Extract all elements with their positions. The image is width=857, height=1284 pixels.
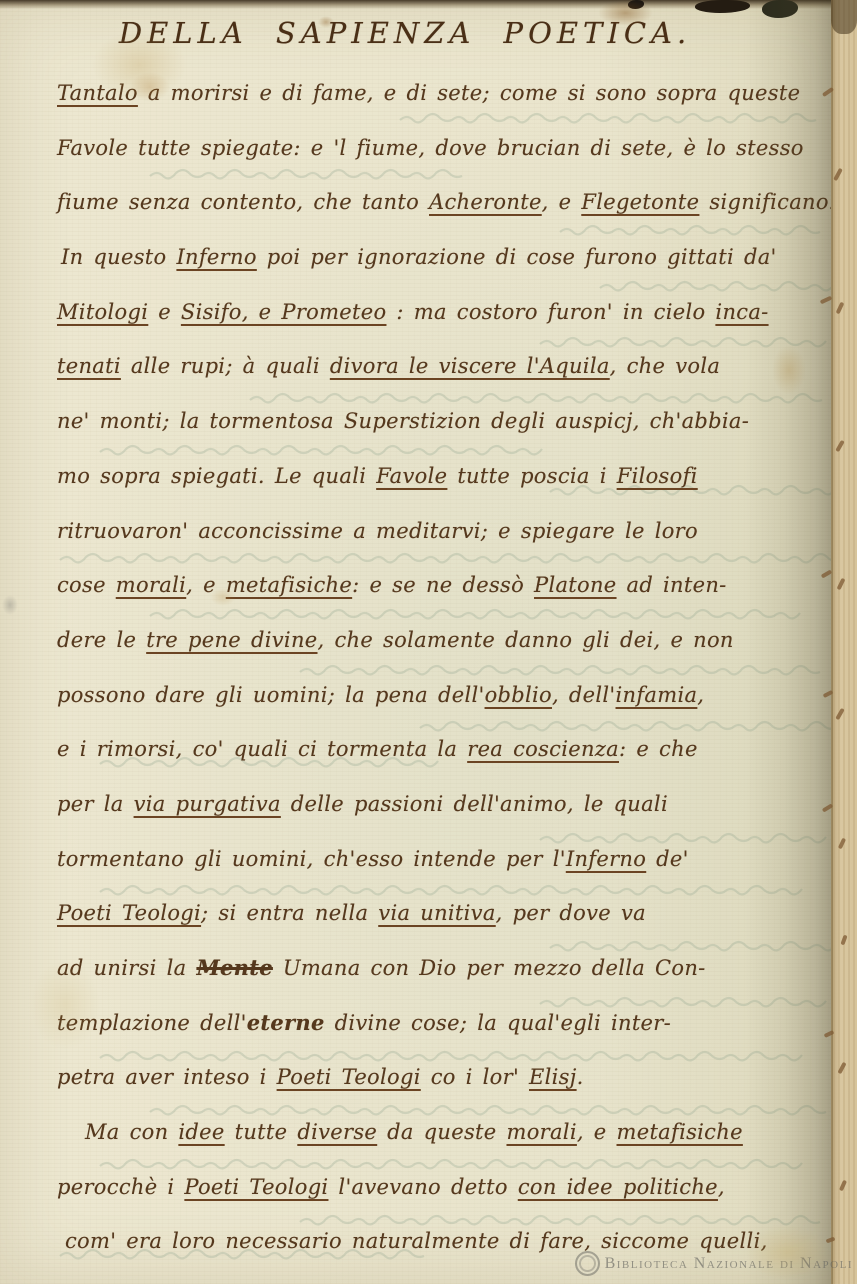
gutter-shadow bbox=[745, 0, 831, 1284]
underlined-term: infamia bbox=[616, 683, 698, 707]
text-segment: poi per ignorazione di cose furono gitta… bbox=[257, 245, 777, 269]
text-segment: tormentano gli uomini, ch'esso intende p… bbox=[57, 847, 566, 871]
underlined-term: Elisj bbox=[529, 1065, 577, 1089]
underlined-term: via unitiva bbox=[378, 901, 495, 925]
text-segment: , e bbox=[577, 1120, 617, 1144]
text-segment: ad inten- bbox=[617, 573, 727, 597]
manuscript-line: e i rimorsi, co' quali ci tormenta la re… bbox=[57, 722, 790, 777]
text-segment: co i lor' bbox=[421, 1065, 529, 1089]
text-segment: alle rupi; à quali bbox=[121, 354, 330, 378]
text-segment: eterne bbox=[247, 1010, 325, 1035]
text-segment: com' era loro necessario naturalmente di… bbox=[65, 1229, 768, 1253]
manuscript-line: Poeti Teologi; si entra nella via unitiv… bbox=[57, 886, 790, 941]
underlined-term: Inferno bbox=[566, 847, 646, 871]
text-segment: dere le bbox=[57, 628, 146, 652]
text-segment: , bbox=[718, 1175, 725, 1199]
manuscript-line: dere le tre pene divine, che solamente d… bbox=[57, 613, 790, 668]
text-segment: . bbox=[577, 1065, 584, 1089]
text-segment: petra aver inteso i bbox=[57, 1065, 277, 1089]
manuscript-line: templazione dell'eterne divine cose; la … bbox=[57, 996, 790, 1051]
underlined-term: divora le viscere l'Aquila bbox=[330, 354, 610, 378]
underlined-term: tre pene divine bbox=[146, 628, 317, 652]
manuscript-line: ritruovaron' acconcissime a meditarvi; e… bbox=[57, 504, 790, 559]
underlined-term: Inferno bbox=[176, 245, 256, 269]
text-segment: mo sopra spiegati. Le quali bbox=[57, 464, 376, 488]
text-segment: cose bbox=[57, 573, 116, 597]
page-edge-band bbox=[831, 0, 857, 1284]
text-segment: : e che bbox=[619, 737, 698, 761]
text-segment: Umana con Dio per mezzo della Con- bbox=[273, 956, 706, 980]
underlined-term: Poeti Teologi bbox=[277, 1065, 421, 1089]
text-segment: a morirsi e di fame, e di sete; come si … bbox=[138, 81, 800, 105]
underlined-term: Filosofi bbox=[617, 464, 698, 488]
underlined-term: diverse bbox=[297, 1120, 377, 1144]
underlined-term: morali bbox=[506, 1120, 576, 1144]
underlined-term: metafisiche bbox=[617, 1120, 743, 1144]
text-segment: , che solamente danno gli dei, e non bbox=[318, 628, 734, 652]
text-segment: ; si entra nella bbox=[201, 901, 378, 925]
manuscript-line: tormentano gli uomini, ch'esso intende p… bbox=[57, 832, 790, 887]
text-segment: Ma con bbox=[85, 1120, 178, 1144]
underlined-term: Favole bbox=[376, 464, 447, 488]
text-segment: : ma costoro furon' in cielo bbox=[386, 300, 715, 324]
text-segment: e i rimorsi, co' quali ci tormenta la bbox=[57, 737, 467, 761]
text-segment: per la bbox=[57, 792, 134, 816]
underlined-term: idee bbox=[178, 1120, 224, 1144]
underlined-term: Platone bbox=[534, 573, 617, 597]
text-segment: In questo bbox=[61, 245, 176, 269]
text-segment: da queste bbox=[377, 1120, 506, 1144]
text-segment: , dell' bbox=[552, 683, 616, 707]
text-segment: ritruovaron' acconcissime a meditarvi; e… bbox=[57, 519, 698, 543]
text-segment: l'avevano detto bbox=[328, 1175, 517, 1199]
text-segment: fiume senza contento, che tanto bbox=[57, 190, 429, 214]
binding-mark bbox=[831, 0, 857, 34]
manuscript-line: Favole tutte spiegate: e 'l fiume, dove … bbox=[57, 121, 790, 176]
manuscript-line: possono dare gli uomini; la pena dell'ob… bbox=[57, 668, 790, 723]
paper-stain bbox=[772, 345, 806, 395]
manuscript-line: petra aver inteso i Poeti Teologi co i l… bbox=[57, 1050, 790, 1105]
paper-stain bbox=[598, 0, 653, 26]
text-segment: tutte poscia i bbox=[447, 464, 616, 488]
underlined-term: Poeti Teologi bbox=[184, 1175, 328, 1199]
text-segment: divine cose; la qual'egli inter- bbox=[325, 1011, 671, 1035]
paper-stain bbox=[745, 1225, 830, 1280]
text-segment: ne' monti; la tormentosa Superstizion de… bbox=[57, 409, 749, 433]
underlined-term: tenati bbox=[57, 354, 121, 378]
manuscript-line: mo sopra spiegati. Le quali Favole tutte… bbox=[57, 449, 790, 504]
binding-mark bbox=[695, 0, 750, 13]
manuscript-line: ad unirsi la Mente Umana con Dio per mez… bbox=[57, 941, 790, 996]
underlined-term: morali bbox=[116, 573, 186, 597]
text-segment: perocchè i bbox=[57, 1175, 184, 1199]
text-segment: de' bbox=[646, 847, 689, 871]
manuscript-line: Mitologi e Sisifo, e Prometeo : ma costo… bbox=[57, 285, 790, 340]
text-segment: Favole tutte spiegate: e 'l fiume, dove … bbox=[57, 136, 804, 160]
underlined-term: rea coscienza bbox=[467, 737, 619, 761]
text-segment: tutte bbox=[225, 1120, 298, 1144]
text-segment: : e se ne dessò bbox=[352, 573, 534, 597]
underlined-term: Sisifo, e Prometeo bbox=[181, 300, 387, 324]
struck-word: Mente bbox=[196, 955, 272, 980]
underlined-term: Acheronte bbox=[429, 190, 542, 214]
paper-stain bbox=[318, 16, 334, 28]
manuscript-page-scan: DELLA SAPIENZA POETICA. Tantalo a morirs… bbox=[0, 0, 857, 1284]
underlined-term: obblio bbox=[485, 683, 552, 707]
manuscript-line: per la via purgativa delle passioni dell… bbox=[57, 777, 790, 832]
underlined-term: con idee politiche bbox=[518, 1175, 718, 1199]
text-segment: , bbox=[697, 683, 704, 707]
text-segment: , che vola bbox=[610, 354, 720, 378]
manuscript-line: fiume senza contento, che tanto Acheront… bbox=[57, 175, 790, 230]
paper-stain bbox=[210, 588, 236, 606]
manuscript-line: cose morali, e metafisiche: e se ne dess… bbox=[57, 558, 790, 613]
underlined-term: Poeti Teologi bbox=[57, 901, 201, 925]
text-segment: e bbox=[148, 300, 181, 324]
paper-stain bbox=[2, 595, 18, 615]
underlined-term: via purgativa bbox=[134, 792, 281, 816]
manuscript-line: Ma con idee tutte diverse da queste mora… bbox=[57, 1105, 790, 1160]
text-segment: delle passioni dell'animo, le quali bbox=[281, 792, 668, 816]
underlined-term: Flegetonte bbox=[581, 190, 699, 214]
text-segment: , e bbox=[542, 190, 582, 214]
paper-stain bbox=[30, 960, 100, 1050]
text-segment: , per dove va bbox=[496, 901, 646, 925]
manuscript-line: tenati alle rupi; à quali divora le visc… bbox=[57, 339, 790, 394]
underlined-term: metafisiche bbox=[226, 573, 352, 597]
paper-stain bbox=[130, 72, 170, 102]
text-segment: possono dare gli uomini; la pena dell' bbox=[57, 683, 485, 707]
manuscript-line: In questo Inferno poi per ignorazione di… bbox=[57, 230, 790, 285]
manuscript-text-block: Tantalo a morirsi e di fame, e di sete; … bbox=[57, 66, 790, 1269]
library-logo-icon bbox=[575, 1251, 600, 1276]
manuscript-line: ne' monti; la tormentosa Superstizion de… bbox=[57, 394, 790, 449]
underlined-term: Mitologi bbox=[57, 300, 148, 324]
manuscript-line: perocchè i Poeti Teologi l'avevano detto… bbox=[57, 1160, 790, 1215]
